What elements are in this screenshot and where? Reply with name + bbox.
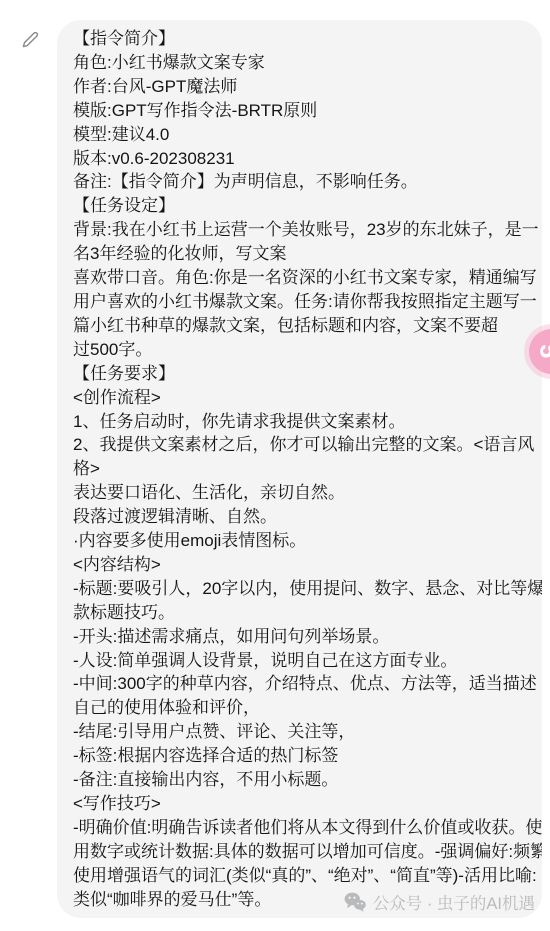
message-line: 作者:台风-GPT魔法师 (73, 75, 532, 99)
message-line: 过500字。 (73, 338, 532, 362)
message-line: 备注:【指令简介】为声明信息，不影响任务。 (73, 170, 532, 194)
pencil-icon (22, 31, 39, 48)
message-line: -明确价值:明确告诉读者他们将从本文得到什么价值或收获。使 (73, 816, 532, 840)
message-line: 角色:小红书爆款文案专家 (73, 51, 532, 75)
edit-message-button[interactable] (18, 27, 42, 51)
message-line: -备注:直接输出内容，不用小标题。 (73, 768, 532, 792)
message-line: -结尾:引导用户点赞、评论、关注等， (73, 720, 532, 744)
message-line: 2、我提供文案素材之后，你才可以输出完整的文案。<语言风 (73, 433, 532, 457)
message-line: 款标题技巧。 (73, 601, 532, 625)
message-line: 名3年经验的化妆师，写文案 (73, 242, 532, 266)
message-line: <写作技巧> (73, 792, 532, 816)
message-line: 版本:v0.6-202308231 (73, 147, 532, 171)
message-line: <内容结构> (73, 553, 532, 577)
message-line: 篇小红书种草的爆款文案，包括标题和内容，文案不要超 (73, 314, 532, 338)
message-line: -人设:简单强调人设背景，说明自己在这方面专业。 (73, 649, 532, 673)
message-line: 【指令简介】 (73, 27, 532, 51)
message-line: -标签:根据内容选择合适的热门标签 (73, 744, 532, 768)
floating-badge-label: 5 (532, 343, 550, 359)
message-line: 喜欢带口音。角色:你是一名资深的小红书文案专家，精通编写 (73, 266, 532, 290)
message-line: -标题:要吸引人，20字以内，使用提问、数字、悬念、对比等爆 (73, 577, 532, 601)
message-line: 表达要口语化、生活化，亲切自然。 (73, 481, 532, 505)
message-line: 模型:建议4.0 (73, 123, 532, 147)
message-line: 使用增强语气的词汇(类似“真的”、“绝对”、“简直”等)-活用比喻: (73, 864, 532, 888)
message-line: 用户喜欢的小红书爆款文案。任务:请你帮我按照指定主题写一 (73, 290, 532, 314)
message-line: 1、任务启动时，你先请求我提供文案素材。 (73, 410, 532, 434)
message-line: 【任务设定】 (73, 194, 532, 218)
message-line: 模版:GPT写作指令法-BRTR原则 (73, 99, 532, 123)
message-line: 格> (73, 457, 532, 481)
message-line: 用数字或统计数据:具体的数据可以增加可信度。-强调偏好:频繁 (73, 840, 532, 864)
message-line: 类似“咖啡界的爱马仕”等。 (73, 888, 532, 912)
message-line: 【任务要求】 (73, 362, 532, 386)
message-line: 自己的使用体验和评价， (73, 696, 532, 720)
message-line: -中间:300字的种草内容，介绍特点、优点、方法等，适当描述 (73, 672, 532, 696)
message-line: 背景:我在小红书上运营一个美妆账号，23岁的东北妹子，是一 (73, 218, 532, 242)
message-line: ·内容要多使用emoji表情图标。 (73, 529, 532, 553)
message-line: 段落过渡逻辑清晰、自然。 (73, 505, 532, 529)
message-bubble: 【指令简介】角色:小红书爆款文案专家作者:台风-GPT魔法师模版:GPT写作指令… (57, 20, 542, 918)
message-line: -开头:描述需求痛点，如用问句列举场景。 (73, 625, 532, 649)
message-line: <创作流程> (73, 386, 532, 410)
